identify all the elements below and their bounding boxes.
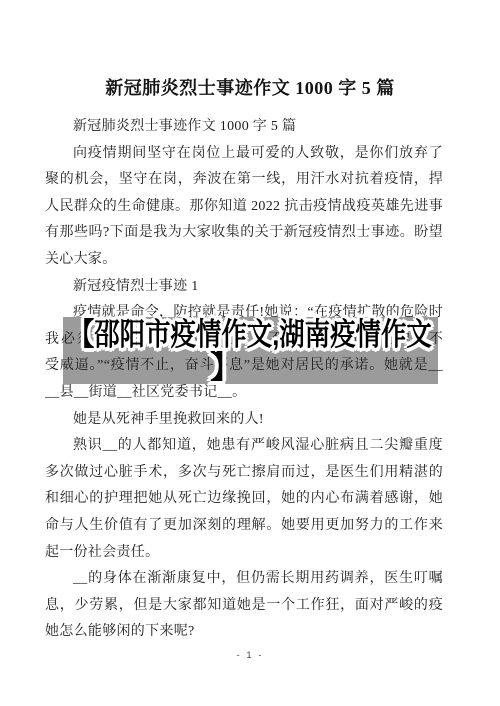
text-line: 向疫情期间坚守在岗位上最可爱的人致敬，是你们放弃了回家团 <box>45 141 443 168</box>
text-line: 人民群众的生命健康。那你知道 2022 抗击疫情战疫英雄先进事迹都 <box>45 194 443 221</box>
document-page: 新冠肺炎烈士事迹作文 1000 字 5 篇 新冠肺炎烈士事迹作文 1000 字 … <box>0 0 500 706</box>
text-line: 新冠肺炎烈士事迹作文 1000 字 5 篇 <box>45 114 443 141</box>
text-line: 多次做过心脏手术，多次与死亡擦肩而过，是医生们用精湛的医术 <box>45 460 443 487</box>
page-number: - 1 - <box>0 650 500 661</box>
text-line: 熟识__的人都知道，她患有严峻风湿心脏病且二尖瓣重度狭隘， <box>45 433 443 460</box>
text-line: 我必须坚守岗位，冲锋在前，决不退缩，疫情面前也决不 <box>45 327 443 354</box>
text-line: 新冠疫情烈士事迹 1 <box>45 274 443 301</box>
text-line: 关心大家。 <box>45 247 443 274</box>
text-line: __的身体在渐渐康复中，但仍需长期用药调养，医生叮嘱她多休 <box>45 566 443 593</box>
text-line: 息，少劳累，但是大家都知道她是一个工作狂，面对严峻的疫情， <box>45 593 443 620</box>
text-line: 疫情就是命令，防控就是责任!她说：“在疫情扩散的危险时刻， <box>45 300 443 327</box>
text-line: 起一份社会责任。 <box>45 540 443 567</box>
text-line: 她怎么能够闲的下来呢? <box>45 619 443 646</box>
document-body: 新冠肺炎烈士事迹作文 1000 字 5 篇向疫情期间坚守在岗位上最可爱的人致敬，… <box>45 114 443 646</box>
text-line: 受威逼。”“疫情不止，奋斗不息”是她对居民的承诺。她就是__省 <box>45 353 443 380</box>
text-line: 有那些吗?下面是我为大家收集的关于新冠疫情烈士事迹。盼望可以 <box>45 220 443 247</box>
document-title: 新冠肺炎烈士事迹作文 1000 字 5 篇 <box>0 74 500 100</box>
text-line: 命与人生价值有了更加深刻的理解。她要用更加努力的工作来当担 <box>45 513 443 540</box>
text-line: __县__街道__社区党委书记__。 <box>45 380 443 407</box>
text-line: 和细心的护理把她从死亡边缘挽回，她的内心布满着感谢，她对生 <box>45 486 443 513</box>
text-line: 聚的机会，坚守在岗，奔波在第一线，用汗水对抗着疫情，捍卫着 <box>45 167 443 194</box>
text-line: 她是从死神手里挽救回来的人! <box>45 407 443 434</box>
